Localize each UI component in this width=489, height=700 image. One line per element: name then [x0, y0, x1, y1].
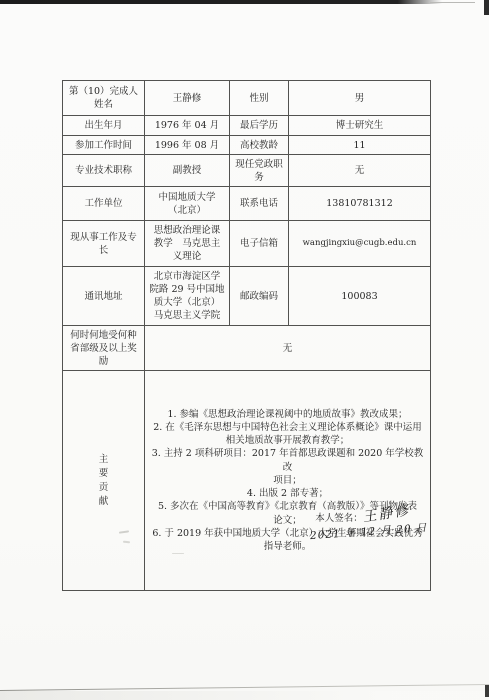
label-phone: 联系电话	[230, 187, 289, 221]
label-completer-name: 第（10）完成人 姓名	[63, 81, 145, 116]
scan-edge-top-bar	[0, 0, 442, 4]
contribution-item: 4. 出版 2 部专著；	[148, 487, 427, 500]
contribution-item: 2. 在《毛泽东思想与中国特色社会主义理论体系概论》课中运用 相关地质故事开展教…	[148, 421, 427, 447]
value-teaching-years: 11	[289, 136, 431, 155]
label-birth-date: 出生年月	[63, 116, 145, 136]
row-name: 第（10）完成人 姓名 王静修 性别 男	[63, 81, 431, 116]
row-contributions: 主 要 贡 献 1. 参编《思想政治理论课视阈中的地质故事》教改成果； 2. 在…	[63, 371, 431, 591]
label-gender: 性别	[230, 81, 289, 116]
label-awards: 何时何地受何种 省部级及以上奖 励	[63, 326, 145, 371]
value-completer-name: 王静修	[145, 81, 230, 116]
label-work-start: 参加工作时间	[63, 136, 145, 155]
row-address: 通讯地址 北京市海淀区学 院路 29 号中国地 质大学（北京） 马克思主义学院 …	[63, 267, 431, 326]
scan-edge-bottom-line	[0, 684, 489, 691]
label-address: 通讯地址	[63, 267, 145, 326]
contribution-item: 3. 主持 2 项科研项目：2017 年首都思政课题和 2020 年学校教改 项…	[148, 447, 427, 487]
label-party-position: 现任党政职 务	[230, 155, 289, 187]
value-birth-date: 1976 年 04 月	[145, 116, 230, 136]
value-work-start: 1996 年 08 月	[145, 136, 230, 155]
row-specialty: 现从事工作及专 长 思想政治理论课 教学 马克思主 义理论 电子信箱 wangj…	[63, 221, 431, 267]
value-employer: 中国地质大学 （北京）	[145, 187, 230, 221]
row-employer: 工作单位 中国地质大学 （北京） 联系电话 13810781312	[63, 187, 431, 221]
row-birth: 出生年月 1976 年 04 月 最后学历 博士研究生	[63, 116, 431, 136]
contributions-cell: 1. 参编《思想政治理论课视阈中的地质故事》教改成果； 2. 在《毛泽东思想与中…	[145, 371, 431, 591]
row-awards: 何时何地受何种 省部级及以上奖 励 无	[63, 326, 431, 371]
label-teaching-years: 高校教龄	[230, 136, 289, 155]
completer-info-form: 第（10）完成人 姓名 王静修 性别 男 出生年月 1976 年 04 月 最后…	[62, 80, 431, 591]
value-party-position: 无	[289, 155, 431, 187]
contribution-item: 1. 参编《思想政治理论课视阈中的地质故事》教改成果；	[148, 408, 427, 421]
scan-corner-mark-top-right	[484, 0, 489, 15]
value-address: 北京市海淀区学 院路 29 号中国地 质大学（北京） 马克思主义学院	[145, 267, 230, 326]
value-specialty: 思想政治理论课 教学 马克思主 义理论	[145, 221, 230, 267]
value-professional-title: 副教授	[145, 155, 230, 187]
value-email: wangjingxiu@cugb.edu.cn	[289, 221, 431, 267]
value-phone: 13810781312	[289, 187, 431, 221]
signature-label: 本人签名：	[315, 513, 363, 524]
value-postcode: 100083	[289, 267, 431, 326]
label-education: 最后学历	[230, 116, 289, 136]
label-email: 电子信箱	[230, 221, 289, 267]
value-gender: 男	[289, 81, 431, 116]
row-work-start: 参加工作时间 1996 年 08 月 高校教龄 11	[63, 136, 431, 155]
value-education: 博士研究生	[289, 116, 431, 136]
scan-edge-top-line	[430, 2, 475, 3]
scan-edge-bottom-shade	[0, 691, 489, 700]
value-awards: 无	[145, 326, 431, 371]
scanned-document-page: 第（10）完成人 姓名 王静修 性别 男 出生年月 1976 年 04 月 最后…	[0, 0, 489, 700]
label-main-contributions: 主 要 贡 献	[63, 371, 145, 591]
signature-block: 本人签名：王静修 2021 年 12 月 20 日	[283, 511, 431, 539]
label-postcode: 邮政编码	[230, 267, 289, 326]
label-employer: 工作单位	[63, 187, 145, 221]
label-professional-title: 专业技术职称	[63, 155, 145, 187]
row-title: 专业技术职称 副教授 现任党政职 务 无	[63, 155, 431, 187]
scan-smudge	[172, 553, 184, 554]
label-specialty: 现从事工作及专 长	[63, 221, 145, 267]
scan-corner-mark-bottom-right	[485, 685, 489, 697]
